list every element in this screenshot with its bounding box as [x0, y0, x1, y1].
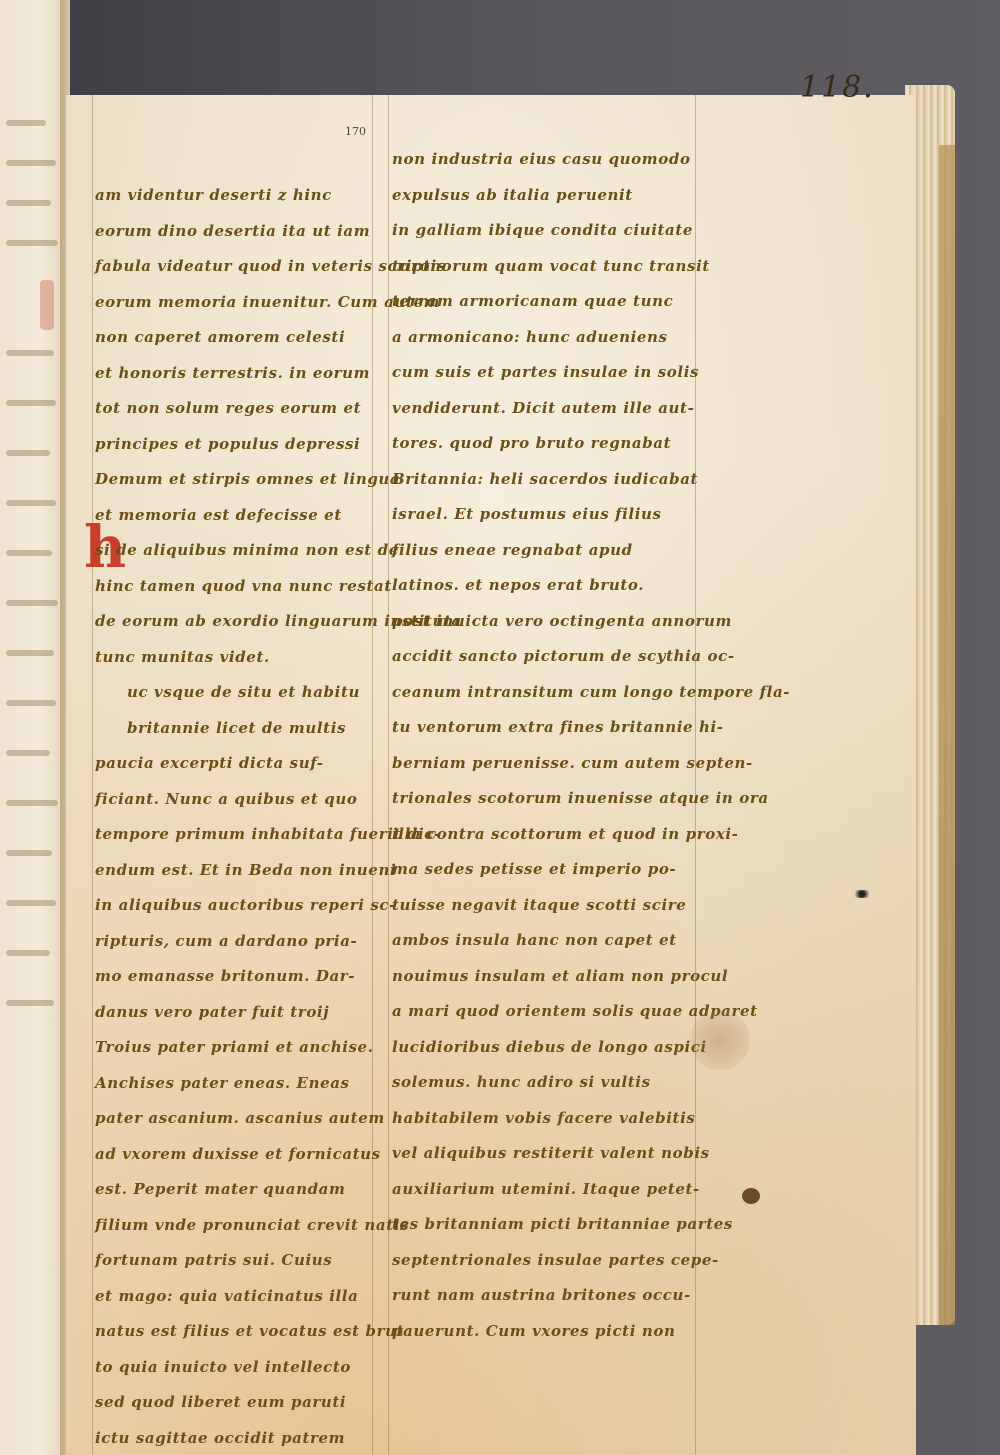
text-line: tu ventorum extra fines britannie hi-	[392, 710, 790, 746]
old-folio-number: 170	[345, 125, 366, 138]
text-line: ceanum intransitum cum longo tempore fla…	[392, 675, 790, 711]
text-line: filius eneae regnabat apud	[392, 533, 790, 569]
text-line: tuisse negavit itaque scotti scire	[392, 888, 790, 924]
text-line: to quia inuicto vel intellecto	[95, 1350, 462, 1386]
text-line: vel aliquibus restiterit valent nobis	[392, 1136, 790, 1172]
parchment-hole	[742, 1188, 760, 1204]
text-line: auxiliarium utemini. Itaque petet-	[392, 1172, 790, 1208]
text-line: tores. quod pro bruto regnabat	[392, 426, 790, 462]
text-line: tes britanniam picti britanniae partes	[392, 1207, 790, 1243]
text-line: ictu sagittae occidit patrem	[95, 1421, 462, 1455]
text-line: nouimus insulam et aliam non procul	[392, 959, 790, 995]
text-line: pauerunt. Cum vxores picti non	[392, 1314, 790, 1350]
text-line: runt nam austrina britones occu-	[392, 1278, 790, 1314]
ruling-line	[92, 95, 93, 1455]
text-line: ma sedes petisse et imperio po-	[392, 852, 790, 888]
text-line: illa contra scottorum et quod in proxi-	[392, 817, 790, 853]
parchment-stain	[690, 1010, 750, 1070]
text-line: septentrionales insulae partes cepe-	[392, 1243, 790, 1279]
text-line: cum suis et partes insulae in solis	[392, 355, 790, 391]
text-line: post inuicta vero octingenta annorum	[392, 604, 790, 640]
text-line: non industria eius casu quomodo	[392, 142, 790, 178]
ink-specks	[850, 890, 874, 898]
text-line: sed quod liberet eum paruti	[95, 1385, 462, 1421]
text-line: a armonicano: hunc adueniens	[392, 320, 790, 356]
text-line: Britannia: heli sacerdos iudicabat	[392, 462, 790, 498]
folio-number: 118.	[800, 70, 875, 105]
right-text-column: non industria eius casu quomodo expulsus…	[392, 142, 790, 1349]
text-line: habitabilem vobis facere valebitis	[392, 1101, 790, 1137]
text-line: accidit sancto pictorum de scythia oc-	[392, 639, 790, 675]
text-line: berniam peruenisse. cum autem septen-	[392, 746, 790, 782]
text-line: expulsus ab italia peruenit	[392, 178, 790, 214]
text-line: solemus. hunc adiro si vultis	[392, 1065, 790, 1101]
text-line: ambos insula hanc non capet et	[392, 923, 790, 959]
facing-left-page	[0, 0, 68, 1455]
text-line: latinos. et nepos erat bruto.	[392, 568, 790, 604]
text-line: trionales scotorum inuenisse atque in or…	[392, 781, 790, 817]
text-line: terram armoricanam quae tunc	[392, 284, 790, 320]
text-line: turonorum quam vocat tunc transit	[392, 249, 790, 285]
text-line: israel. Et postumus eius filius	[392, 497, 790, 533]
text-line: vendiderunt. Dicit autem ille aut-	[392, 391, 790, 427]
text-line: in galliam ibique condita ciuitate	[392, 213, 790, 249]
